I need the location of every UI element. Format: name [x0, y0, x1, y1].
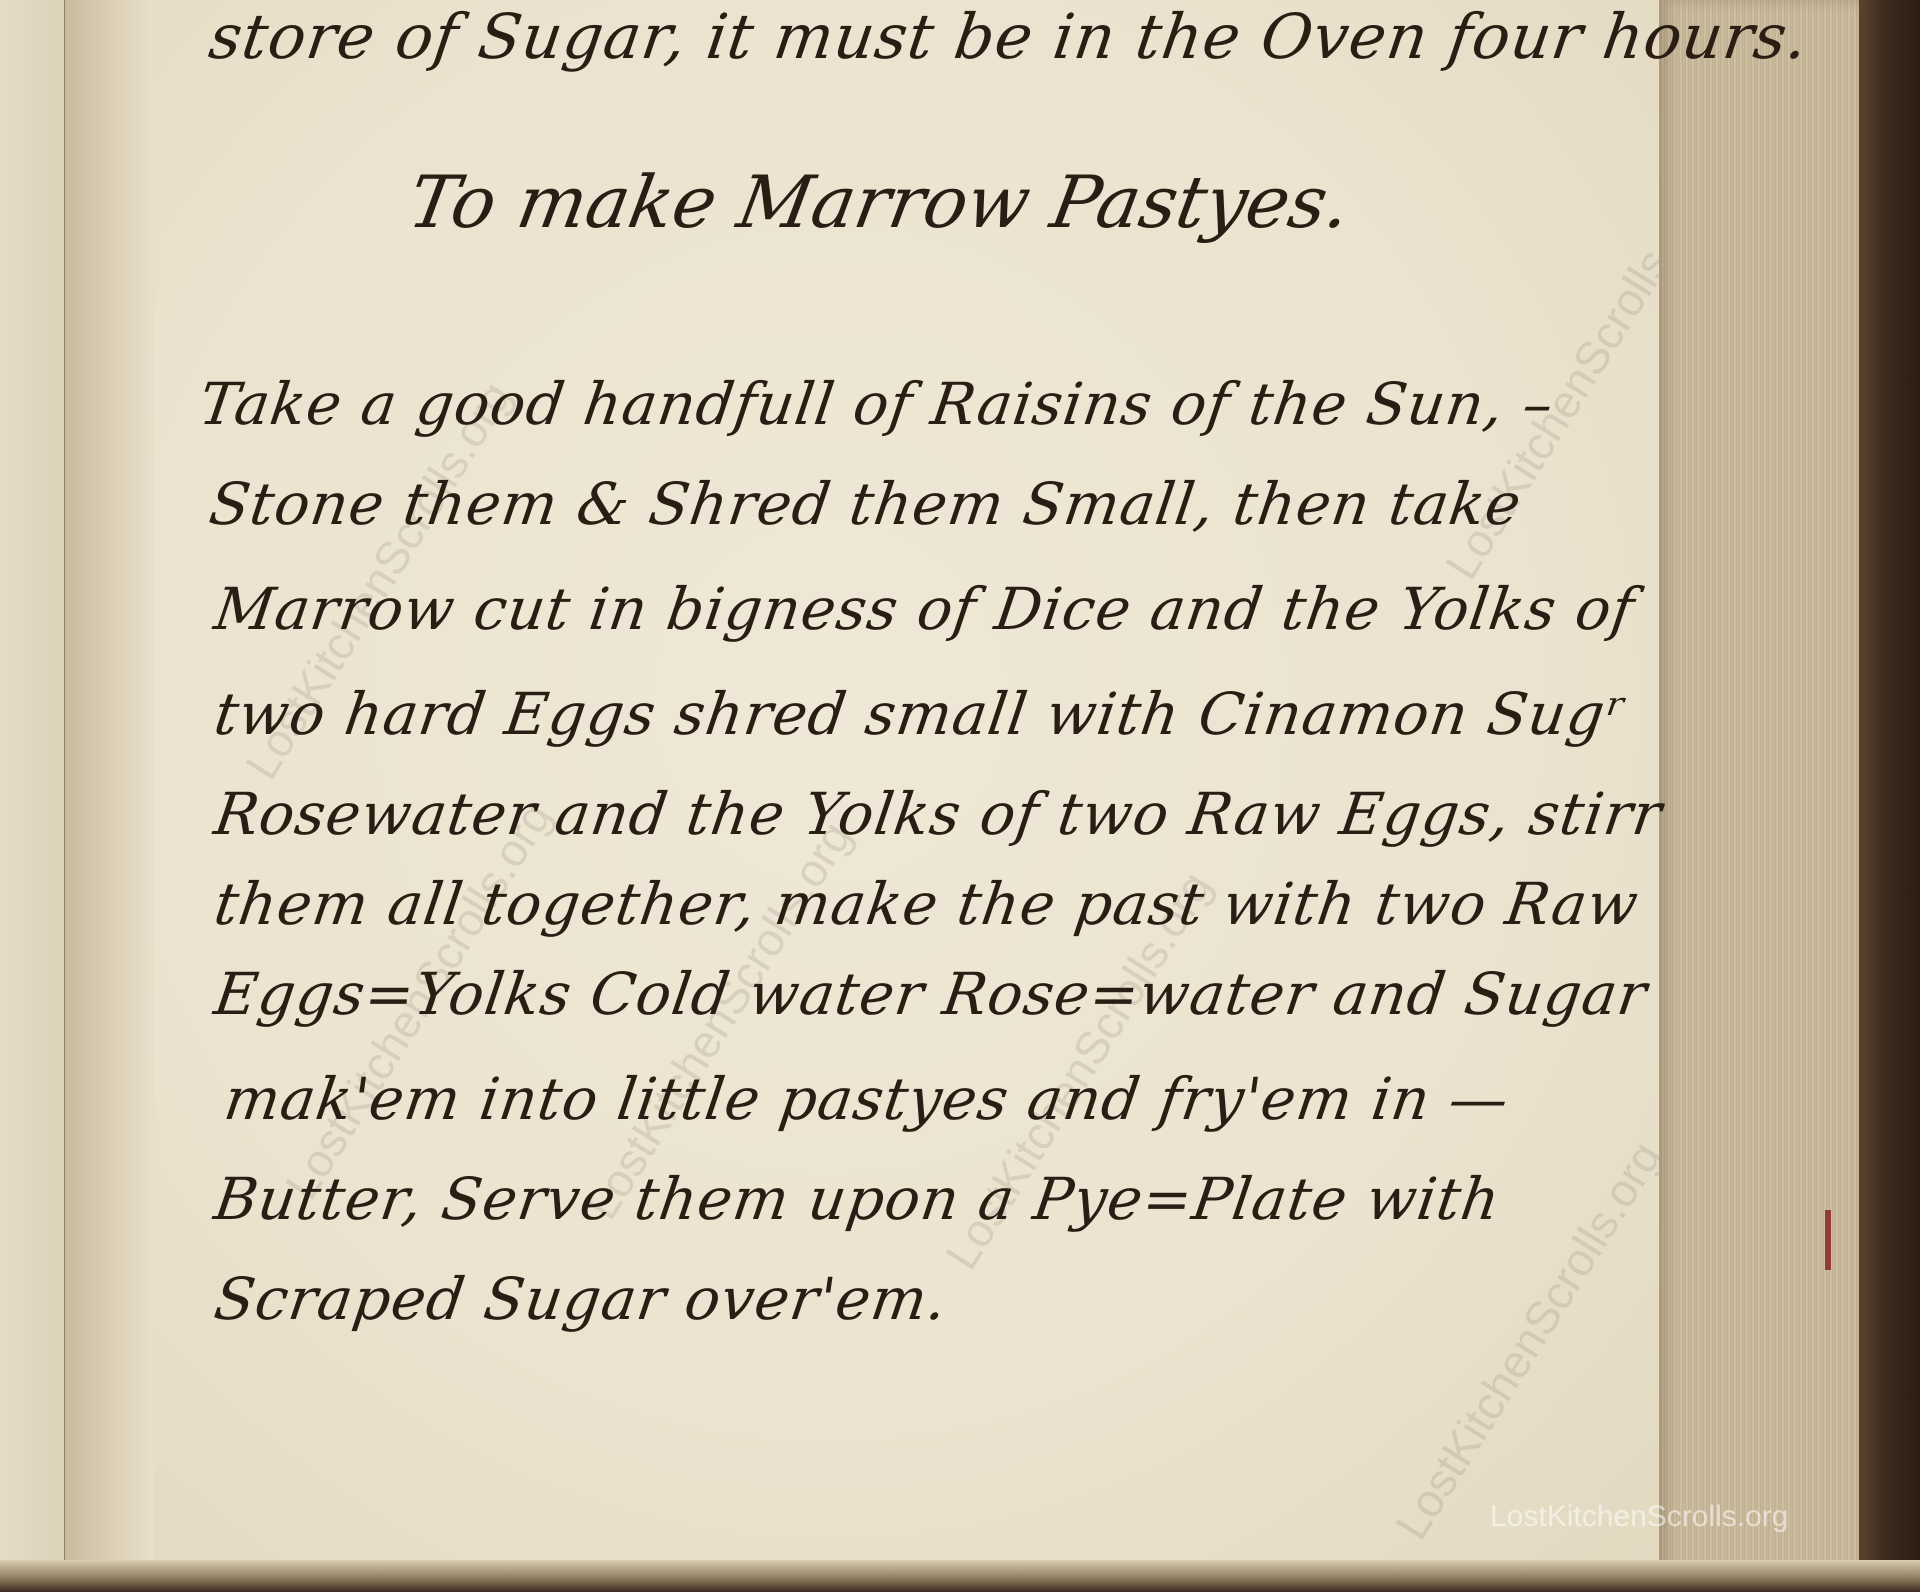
recipe-title: To make Marrow Pastyes. — [403, 160, 1357, 244]
book-gutter — [64, 0, 155, 1560]
red-ink-mark — [1825, 1210, 1831, 1270]
recipe-line: Marrow cut in bigness of Dice and the Yo… — [210, 575, 1639, 643]
recipe-line: Stone them & Shred them Small, then take — [205, 470, 1526, 538]
recipe-line: them all together, make the past with tw… — [210, 870, 1643, 938]
open-book: LostKitchenScrolls.org LostKitchenScroll… — [0, 0, 1920, 1592]
book-cover — [1859, 0, 1920, 1592]
recipe-line: mak'em into little pastyes and fry'em in… — [220, 1065, 1513, 1133]
book-bottom-edge — [0, 1560, 1920, 1592]
left-page-edge — [0, 0, 64, 1560]
corner-watermark: LostKitchenScrolls.org — [1490, 1500, 1788, 1534]
page-edges — [1659, 0, 1859, 1575]
carryover-line: store of Sugar, it must be in the Oven f… — [205, 0, 1813, 73]
recipe-line: Rosewater and the Yolks of two Raw Eggs,… — [210, 780, 1666, 848]
recipe-line: Scraped Sugar over'em. — [210, 1265, 951, 1333]
recipe-line: Butter, Serve them upon a Pye=Plate with — [210, 1165, 1504, 1233]
recipe-line: two hard Eggs shred small with Cinamon S… — [210, 680, 1631, 748]
recipe-line: Eggs=Yolks Cold water Rose=water and Sug… — [210, 960, 1651, 1028]
recipe-line: Take a good handfull of Raisins of the S… — [195, 370, 1558, 438]
